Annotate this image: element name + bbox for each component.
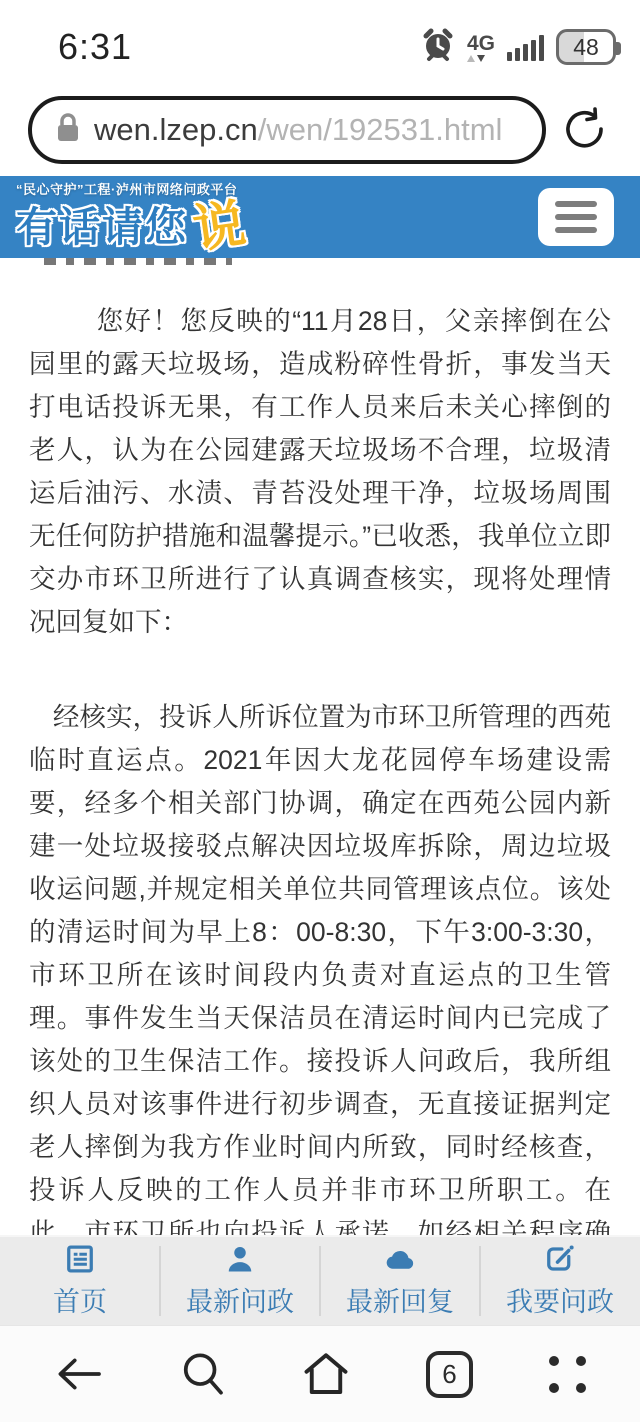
hamburger-icon: [555, 201, 597, 207]
battery-percent: 48: [573, 34, 599, 61]
back-button[interactable]: [54, 1354, 104, 1394]
clipped-text-strip: [0, 258, 640, 274]
tabs-button[interactable]: 6: [426, 1351, 473, 1398]
logo-main-text: 有话请您: [16, 204, 188, 250]
data-arrows-icon: [467, 55, 485, 62]
battery-icon: 48: [556, 29, 616, 65]
nav-label-latest-replies: 最新回复: [346, 1280, 454, 1319]
nav-label-latest-questions: 最新问政: [186, 1280, 294, 1319]
compose-icon: [545, 1243, 575, 1275]
browser-address-row: wen.lzep.cn/wen/192531.html: [0, 88, 640, 176]
search-icon: [180, 1351, 226, 1397]
clipped-text-remnant: [44, 258, 232, 265]
home-button[interactable]: [302, 1351, 350, 1397]
url-domain: wen.lzep.cn: [94, 112, 258, 147]
url-path: /wen/192531.html: [258, 112, 503, 147]
site-bottom-nav: 首页 最新问政 最新回复: [0, 1235, 640, 1325]
site-logo[interactable]: “民心守护”工程·泸州市网络问政平台 有话请您说: [16, 183, 247, 251]
tab-count: 6: [442, 1359, 456, 1390]
nav-item-latest-questions[interactable]: 最新问政: [160, 1237, 320, 1325]
url-text: wen.lzep.cn/wen/192531.html: [94, 112, 502, 148]
nav-item-submit-question[interactable]: 我要问政: [480, 1237, 640, 1325]
logo-accent-text: 说: [190, 196, 251, 258]
address-bar[interactable]: wen.lzep.cn/wen/192531.html: [28, 96, 546, 164]
reply-paragraph-1: 您好！您反映的“11月28日，父亲摔倒在公园里的露天垃圾场，造成粉碎性骨折，事发…: [29, 300, 611, 644]
site-header: “民心守护”工程·泸州市网络问政平台 有话请您说: [0, 176, 640, 258]
menu-dots-icon: [549, 1356, 586, 1393]
status-icons: 4G 48: [421, 28, 616, 67]
tabs-icon: 6: [426, 1351, 473, 1398]
browser-toolbar: 6: [0, 1325, 640, 1422]
menu-button[interactable]: [538, 188, 614, 246]
list-icon: [65, 1243, 95, 1275]
network-type-indicator: 4G: [467, 33, 495, 62]
network-type-label: 4G: [467, 33, 495, 54]
nav-label-submit-question: 我要问政: [506, 1280, 614, 1319]
search-button[interactable]: [180, 1351, 226, 1397]
refresh-button[interactable]: [546, 107, 628, 153]
reply-paragraph-2: 经核实，投诉人所诉位置为市环卫所管理的西苑临时直运点。2021年因大龙花园停车场…: [29, 696, 611, 1235]
status-time: 6:31: [58, 26, 132, 68]
nav-item-latest-replies[interactable]: 最新回复: [320, 1237, 480, 1325]
status-bar: 6:31 4G 48: [0, 0, 640, 88]
browser-menu-button[interactable]: [549, 1356, 586, 1393]
article-body: 您好！您反映的“11月28日，父亲摔倒在公园里的露天垃圾场，造成粉碎性骨折，事发…: [0, 274, 640, 1235]
person-icon: [225, 1243, 255, 1275]
site-logo-text: 有话请您说: [16, 197, 247, 252]
nav-item-home[interactable]: 首页: [0, 1237, 160, 1325]
cloud-icon: [383, 1243, 417, 1275]
signal-bars-icon: [507, 34, 544, 61]
site-tagline: “民心守护”工程·泸州市网络问政平台: [16, 183, 247, 197]
phone-screen: 6:31 4G 48: [0, 0, 640, 1422]
lock-icon: [56, 113, 80, 148]
alarm-icon: [421, 28, 455, 67]
home-icon: [302, 1351, 350, 1397]
back-icon: [54, 1354, 104, 1394]
nav-label-home: 首页: [53, 1280, 107, 1319]
